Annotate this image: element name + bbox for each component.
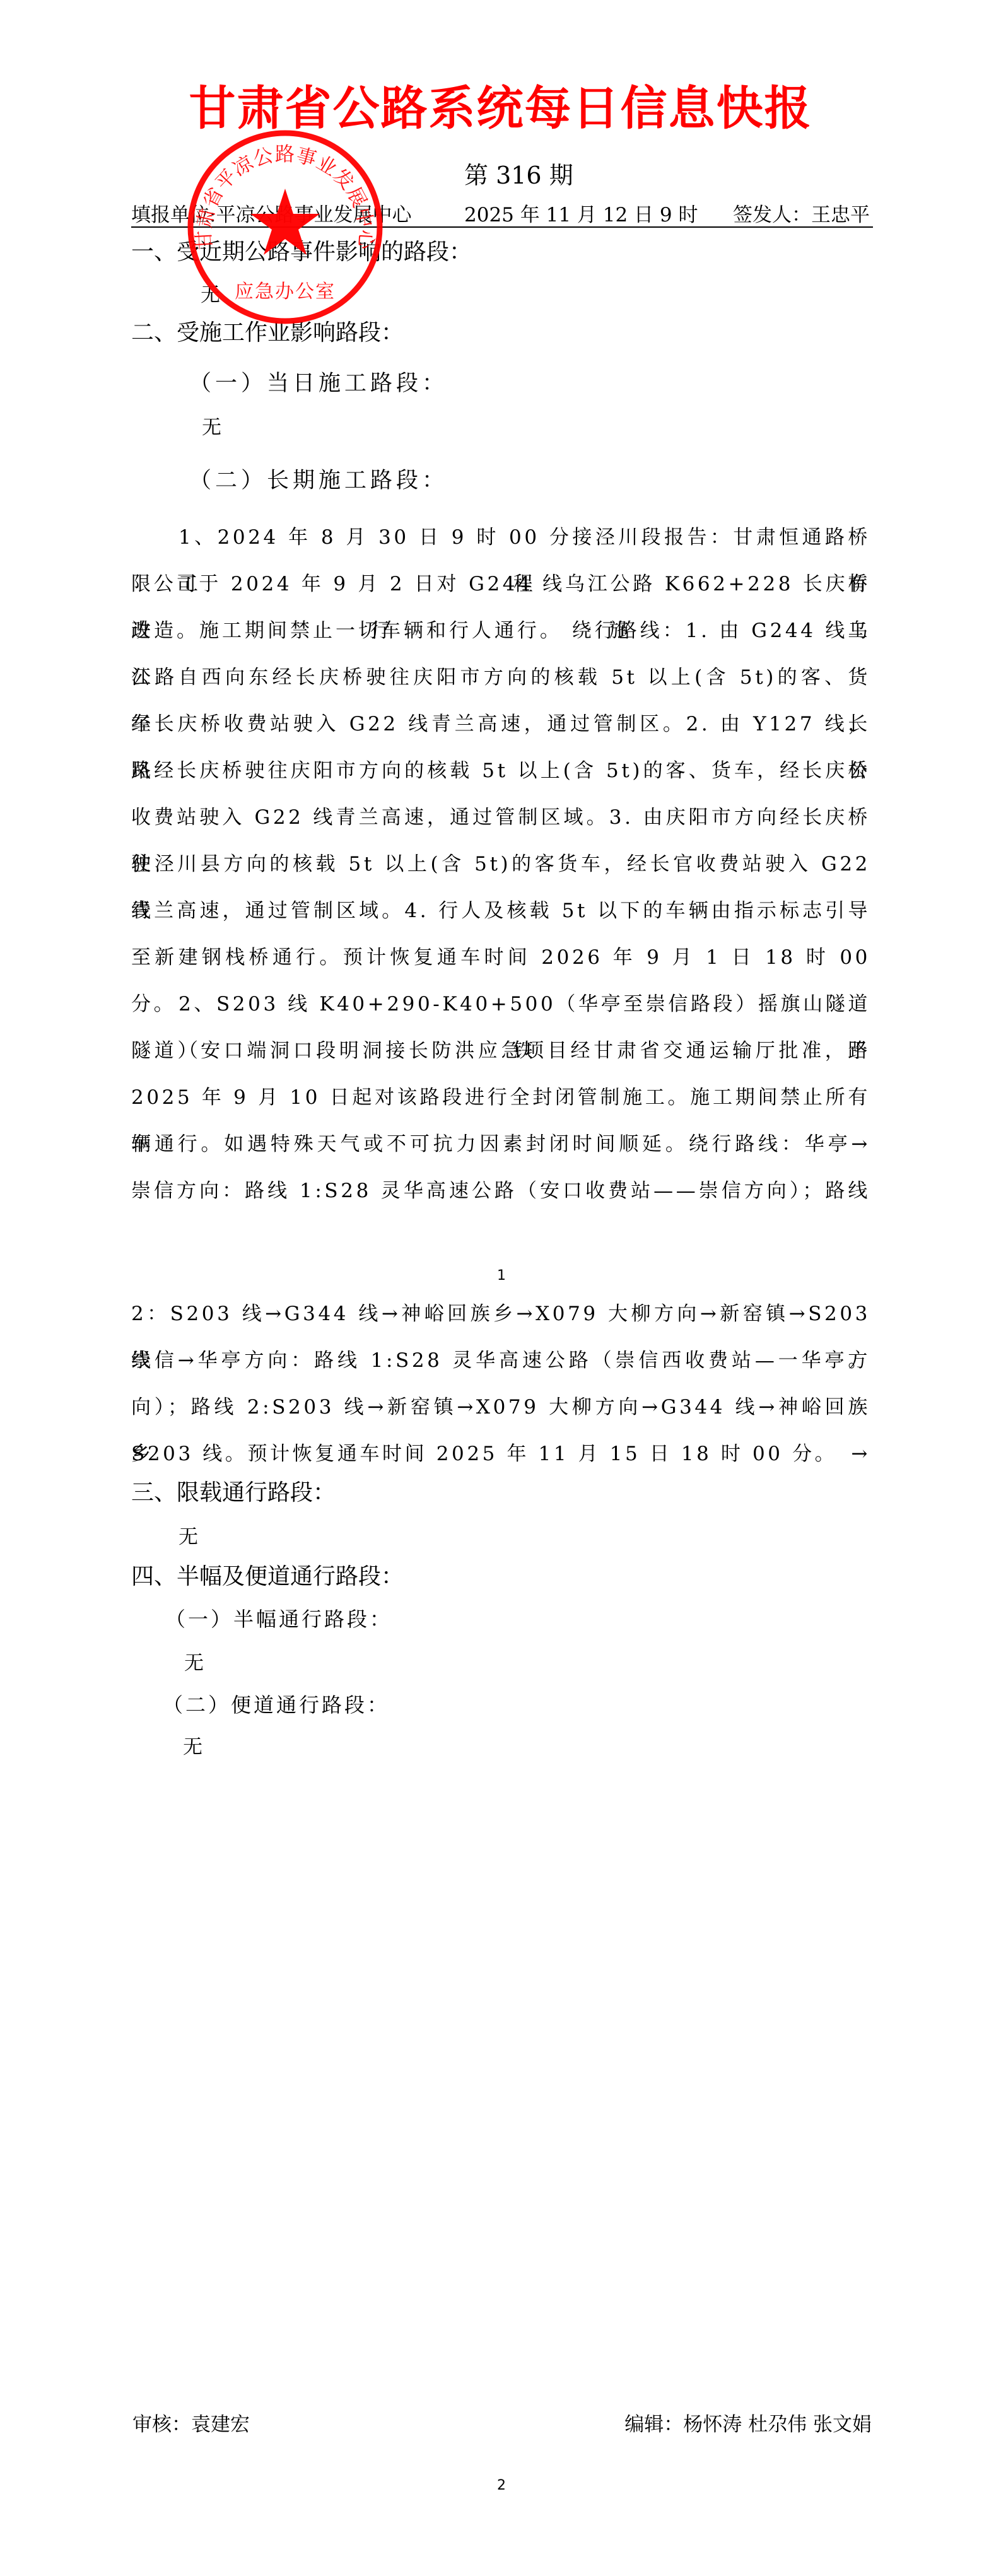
page-number-2: 2 [497,2478,506,2494]
text-line: 公路自西向东经长庆桥驶往庆阳市方向的核载 5t 以上(含 5t)的客、货车， [131,654,870,701]
construction-item-2-part1: 2、S203 线 K40+290-K40+500（华亭至崇信路段）摇旗山隧道（铁… [131,981,870,1214]
section-1-content: 无 [201,284,220,307]
section-2-sub1-heading: （一）当日施工路段： [189,370,448,397]
text-line: 经长庆桥收费站驶入 G22 线青兰高速，通过管制区。2. 由 Y127 线长凤公 [131,701,870,747]
section-1-heading: 一、受近期公路事件影响的路段： [131,238,472,266]
editors: 编辑：杨怀涛 杜尕伟 张文娟 [624,2413,872,2436]
section-2-sub2-heading: （二）长期施工路段： [189,467,448,495]
text-line: 2025 年 9 月 10 日起对该路段进行全封闭管制施工。施工期间禁止所有车 [131,1074,870,1121]
text-line: 往泾川县方向的核载 5t 以上(含 5t)的客货车，经长官收费站驶入 G22 线 [131,841,870,887]
text-line: 2、S203 线 K40+290-K40+500（华亭至崇信路段）摇旗山隧道（铁… [131,981,870,1027]
reporting-unit: 填报单位:平凉公路事业发展中心 [131,206,411,225]
text-line: 青兰高速，通过管制区域。4. 行人及核载 5t 以下的车辆由指示标志引导 [131,887,870,934]
report-datetime: 2025 年 11 月 12 日 9 时 [464,206,698,225]
construction-item-1: 1、2024 年 8 月 30 日 9 时 00 分接泾川段报告：甘肃恒通路桥工… [131,514,870,981]
text-line: 2：S203 线→G344 线→神峪回族乡→X079 大柳方向→新窑镇→S203… [131,1291,870,1337]
section-4-sub1-heading: （一）半幅通行路段： [165,1607,392,1632]
text-line: 崇信→华亭方向：路线 1:S28 灵华高速公路（崇信西收费站—一华亭方 [131,1337,870,1384]
section-4-sub2-content: 无 [183,1736,202,1759]
text-line: 崇信方向：路线 1:S28 灵华高速公路（安口收费站——崇信方向）；路线 [131,1168,870,1214]
text-line: 1、2024 年 8 月 30 日 9 时 00 分接泾川段报告：甘肃恒通路桥工… [131,514,870,561]
text-line: 隧道）安口端洞口段明洞接长防洪应急项目经甘肃省交通运输厅批准，于 [131,1027,870,1074]
text-line: 辆通行。如遇特殊天气或不可抗力因素封闭时间顺延。绕行路线：华亭→ [131,1121,870,1168]
section-3-content: 无 [179,1526,198,1549]
page-number-1: 1 [497,1268,506,1284]
text-line: 限公司于 2024 年 9 月 2 日对 G244 线乌江公路 K662+228… [131,561,870,607]
signer: 签发人：王忠平 [733,206,870,225]
section-4-heading: 四、半幅及便道通行路段： [131,1563,404,1591]
text-line: 向）；路线 2:S203 线→新窑镇→X079 大柳方向→G344 线→神峪回族… [131,1384,870,1431]
section-4-sub1-content: 无 [184,1652,204,1675]
issue-number: 第 316 期 [464,161,573,190]
section-4-sub2-heading: （二）便道通行路段： [163,1692,390,1718]
svg-text:甘肃省平凉公路事业发展中心: 甘肃省平凉公路事业发展中心 [192,143,377,250]
text-line: S203 线。预计恢复通车时间 2025 年 11 月 15 日 18 时 00… [131,1431,870,1477]
reviewer: 审核：袁建宏 [132,2413,250,2436]
seal-ring-text: 甘肃省平凉公路事业发展中心 [192,143,377,250]
bulletin-title: 甘肃省公路系统每日信息快报 [0,79,1001,138]
text-line: 改造。施工期间禁止一切车辆和行人通行。 绕行路线：1. 由 G244 线乌江 [131,607,870,654]
construction-item-2-part2: 2：S203 线→G344 线→神峪回族乡→X079 大柳方向→新窑镇→S203… [131,1291,870,1477]
section-2-sub1-content: 无 [202,416,221,439]
meta-row: 填报单位:平凉公路事业发展中心 2025 年 11 月 12 日 9 时 签发人… [131,206,873,228]
text-line: 收费站驶入 G22 线青兰高速，通过管制区域。3. 由庆阳市方向经长庆桥驶 [131,794,870,841]
seal-bottom-text: 应急办公室 [235,281,336,303]
text-line: 路经长庆桥驶往庆阳市方向的核载 5t 以上(含 5t)的客、货车，经长庆桥 [131,747,870,794]
section-2-heading: 二、受施工作业影响路段： [131,319,404,347]
text-line: 至新建钢栈桥通行。预计恢复通车时间 2026 年 9 月 1 日 18 时 00… [131,934,870,981]
section-3-heading: 三、限载通行路段： [131,1479,336,1507]
